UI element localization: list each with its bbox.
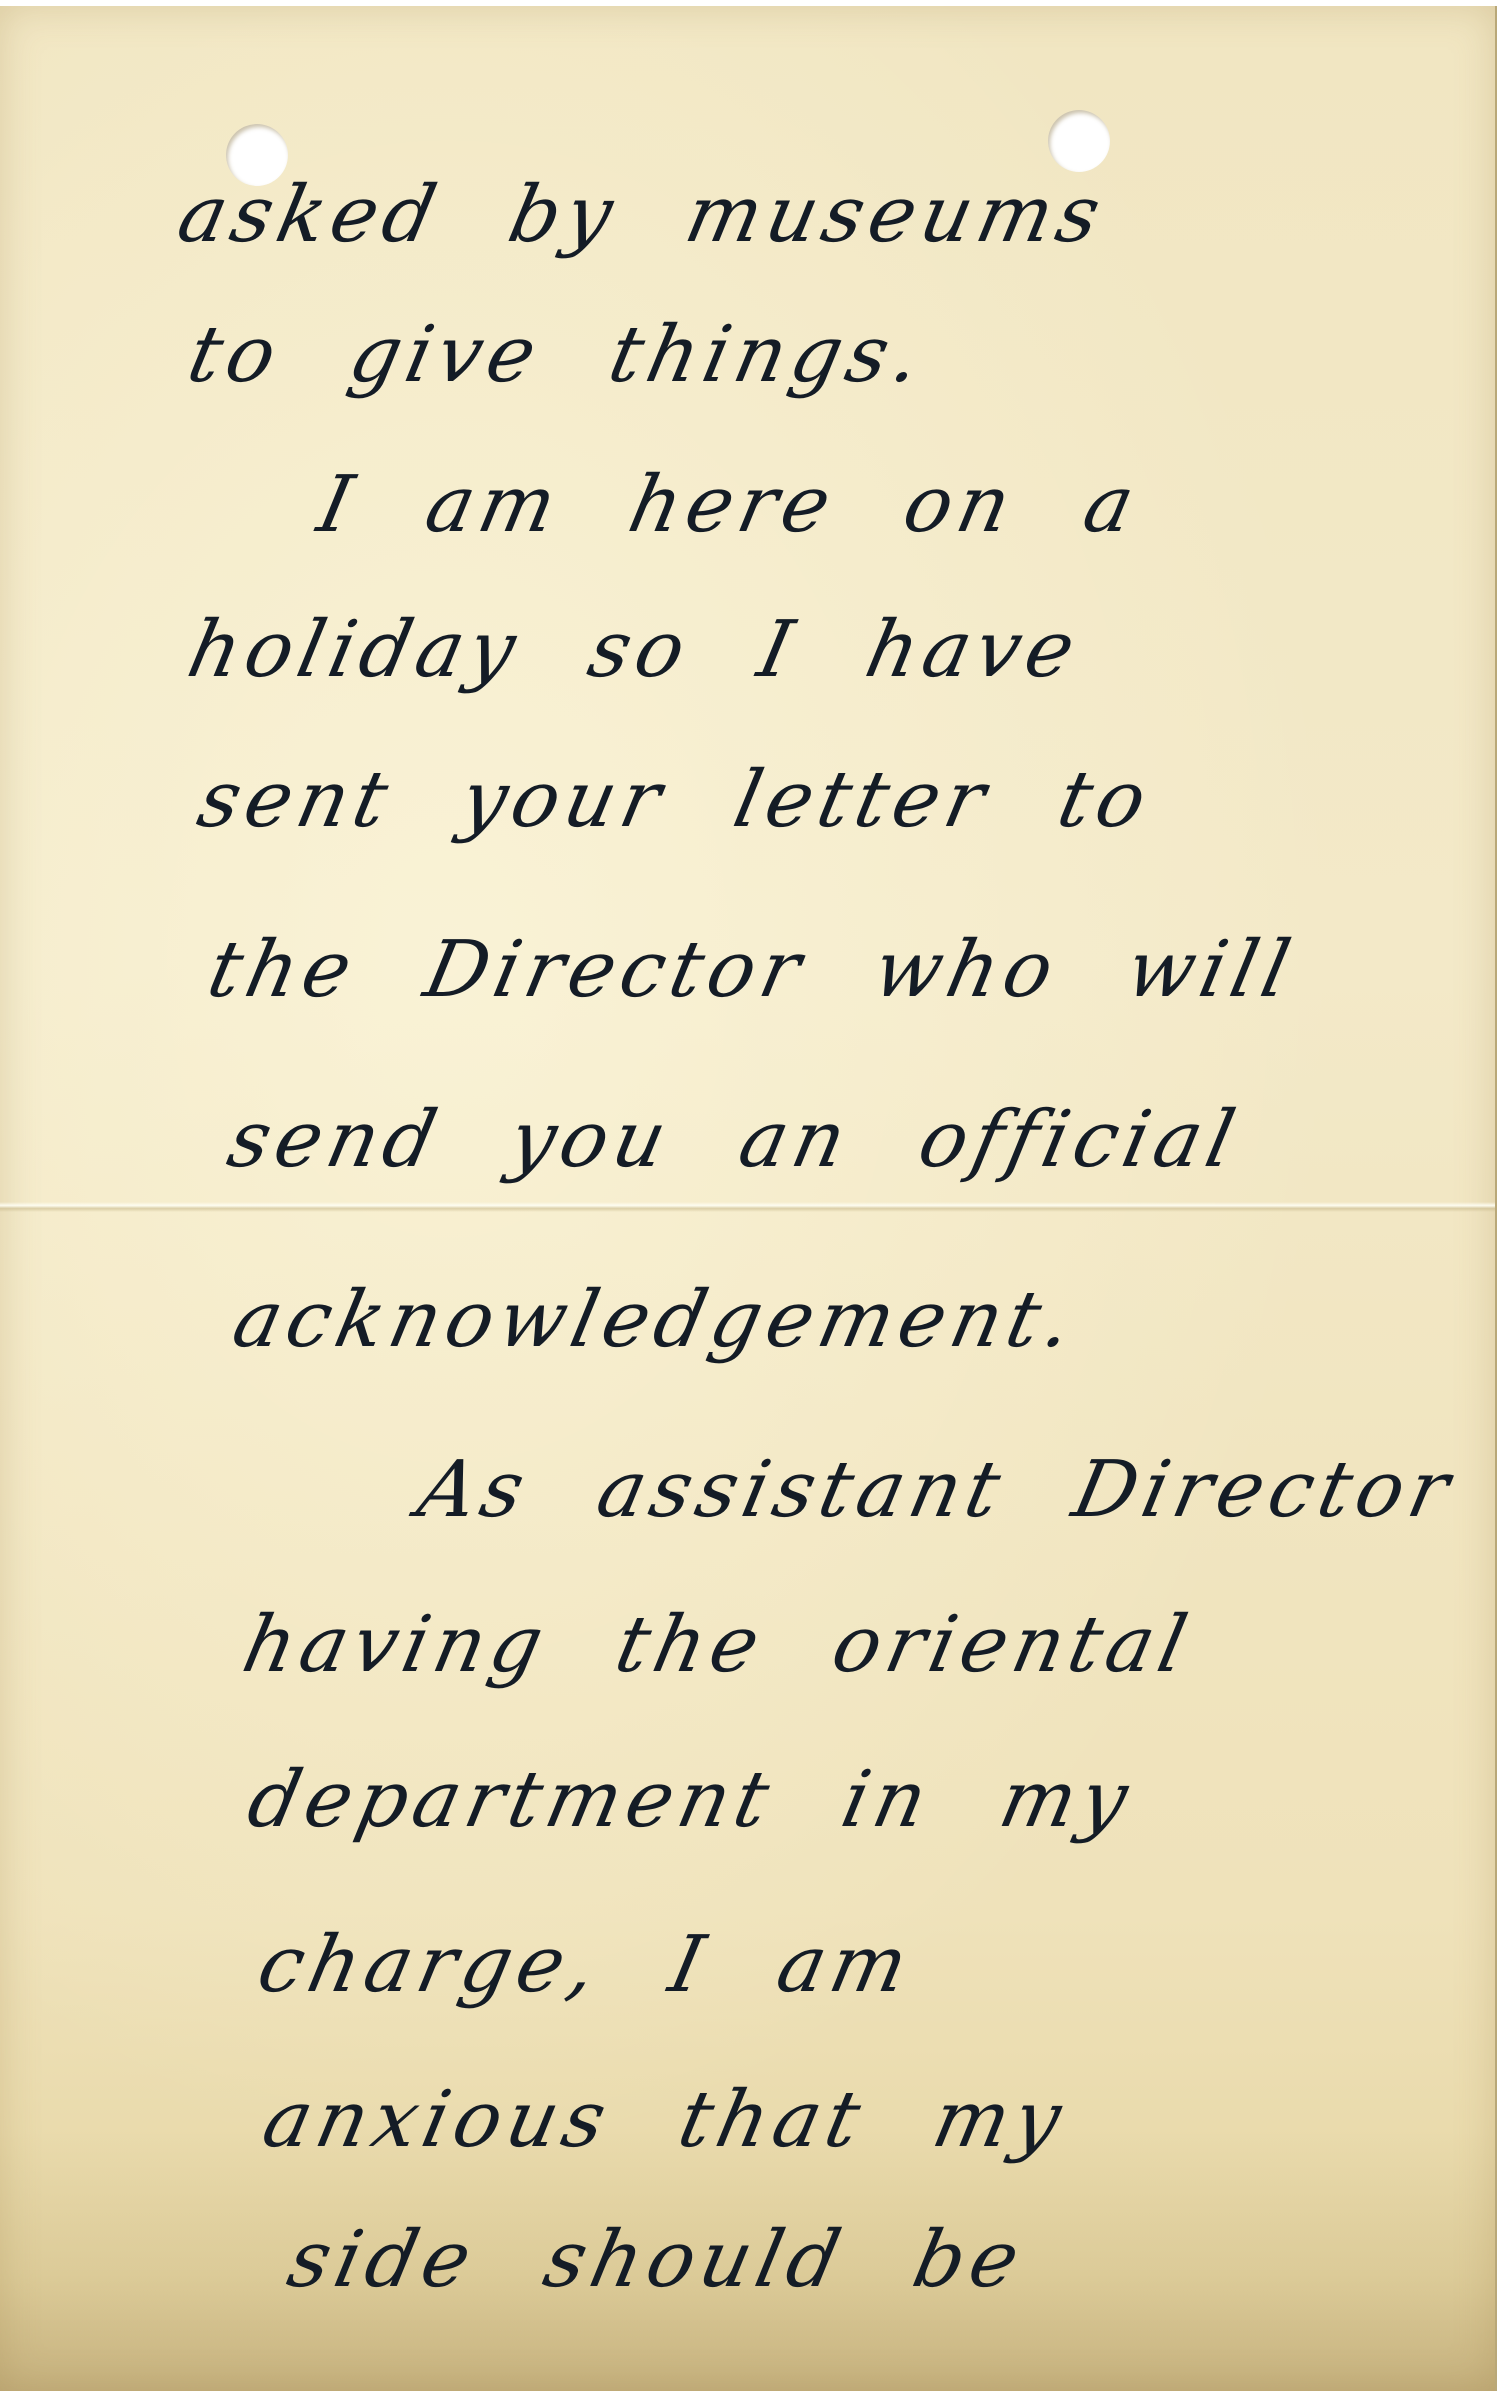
text-line: send you an official — [220, 1095, 1248, 1185]
text-line: I am here on a — [310, 460, 1147, 550]
text-line: asked by museums — [170, 170, 1113, 260]
text-line: As assistant Director — [410, 1445, 1462, 1535]
text-line: the Director who will — [200, 925, 1303, 1015]
handwritten-text: asked by museums to give things. I am he… — [0, 0, 1511, 2397]
text-line: having the oriental — [235, 1600, 1200, 1690]
text-line: to give things. — [180, 310, 934, 400]
text-line: department in my — [240, 1755, 1141, 1845]
text-line: holiday so I have — [180, 605, 1088, 695]
text-line: anxious that my — [255, 2075, 1074, 2165]
text-line: acknowledgement. — [225, 1275, 1085, 1365]
text-line: side should be — [280, 2215, 1032, 2305]
text-line: sent your letter to — [190, 755, 1159, 845]
text-line: charge, I am — [250, 1920, 921, 2010]
